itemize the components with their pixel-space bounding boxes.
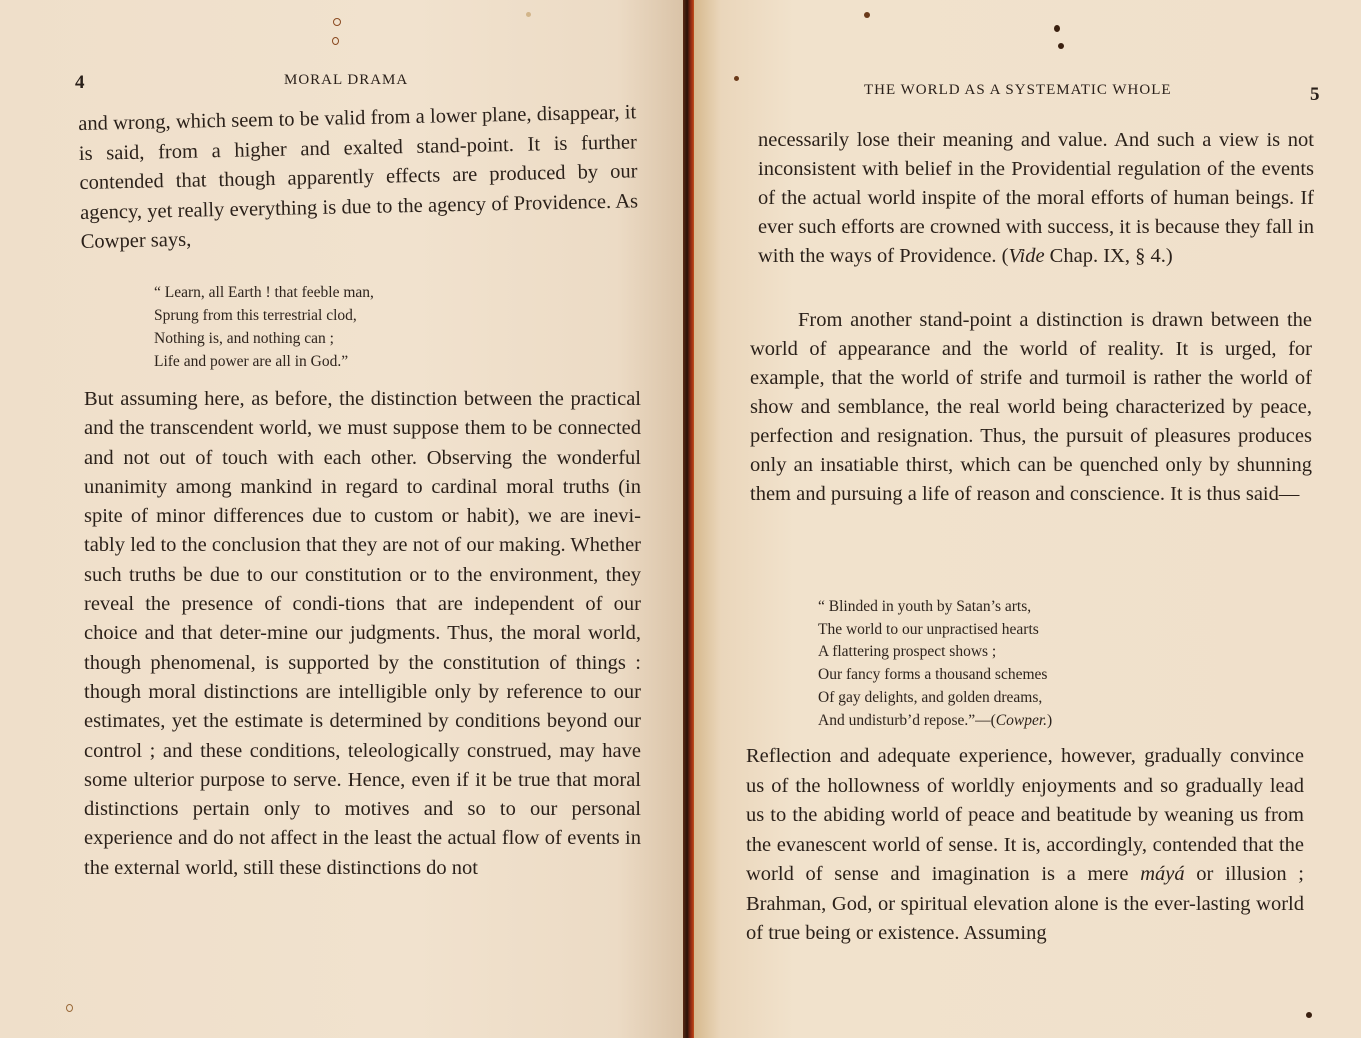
verse-quote: “ Learn, all Earth ! that feeble man, Sp… (154, 281, 374, 373)
foxing-spot (333, 18, 341, 26)
paragraph: From another stand-point a distinction i… (750, 306, 1312, 509)
paragraph: and wrong, which seem to be valid from a… (78, 98, 639, 257)
verse-line: Of gay delights, and golden dreams, (818, 687, 1052, 710)
verse-line: A flattering prospect shows ; (818, 641, 1052, 664)
right-page: THE WORLD AS A SYSTEMATIC WHOLE 5 necess… (694, 0, 1361, 1038)
paragraph: But assuming here, as before, the distin… (84, 385, 641, 883)
running-head: THE WORLD AS A SYSTEMATIC WHOLE (864, 82, 1172, 99)
foxing-spot (864, 12, 870, 18)
verse-line: And undisturb’d repose.”—(Cowper.) (818, 710, 1052, 733)
verse-attribution: Cowper. (996, 712, 1047, 729)
verse-line: Life and power are all in God.” (154, 350, 374, 373)
foxing-spot (734, 76, 739, 81)
verse-line: “ Blinded in youth by Satan’s arts, (818, 596, 1052, 619)
verse-line: Sprung from this terrestrial clod, (154, 304, 374, 327)
foxing-spot (526, 12, 531, 17)
left-page: 4 MORAL DRAMA and wrong, which seem to b… (0, 0, 686, 1038)
foxing-spot (66, 1004, 73, 1012)
paragraph-text: and wrong, which seem to be valid from a… (78, 98, 639, 257)
paragraph-text: But assuming here, as before, the distin… (84, 385, 641, 883)
foxing-spot (332, 37, 339, 45)
verse-line: Nothing is, and nothing can ; (154, 327, 374, 350)
page-number: 5 (1310, 84, 1320, 106)
verse-quote: “ Blinded in youth by Satan’s arts, The … (818, 596, 1052, 732)
italic-term: Vide (1009, 245, 1045, 267)
verse-line: The world to our unpractised hearts (818, 619, 1052, 642)
verse-line: “ Learn, all Earth ! that feeble man, (154, 281, 374, 304)
italic-term: máyá (1140, 863, 1184, 885)
paragraph-text: From another stand-point a distinction i… (750, 306, 1312, 509)
running-head: MORAL DRAMA (284, 72, 408, 89)
verse-line: Our fancy forms a thousand schemes (818, 664, 1052, 687)
foxing-spot (1058, 43, 1064, 49)
paragraph: Reflection and adequate experience, howe… (746, 742, 1304, 949)
paragraph: necessarily lose their meaning and value… (758, 126, 1314, 271)
foxing-spot (1054, 25, 1060, 32)
foxing-spot (1306, 1012, 1312, 1018)
page-number: 4 (75, 72, 85, 94)
